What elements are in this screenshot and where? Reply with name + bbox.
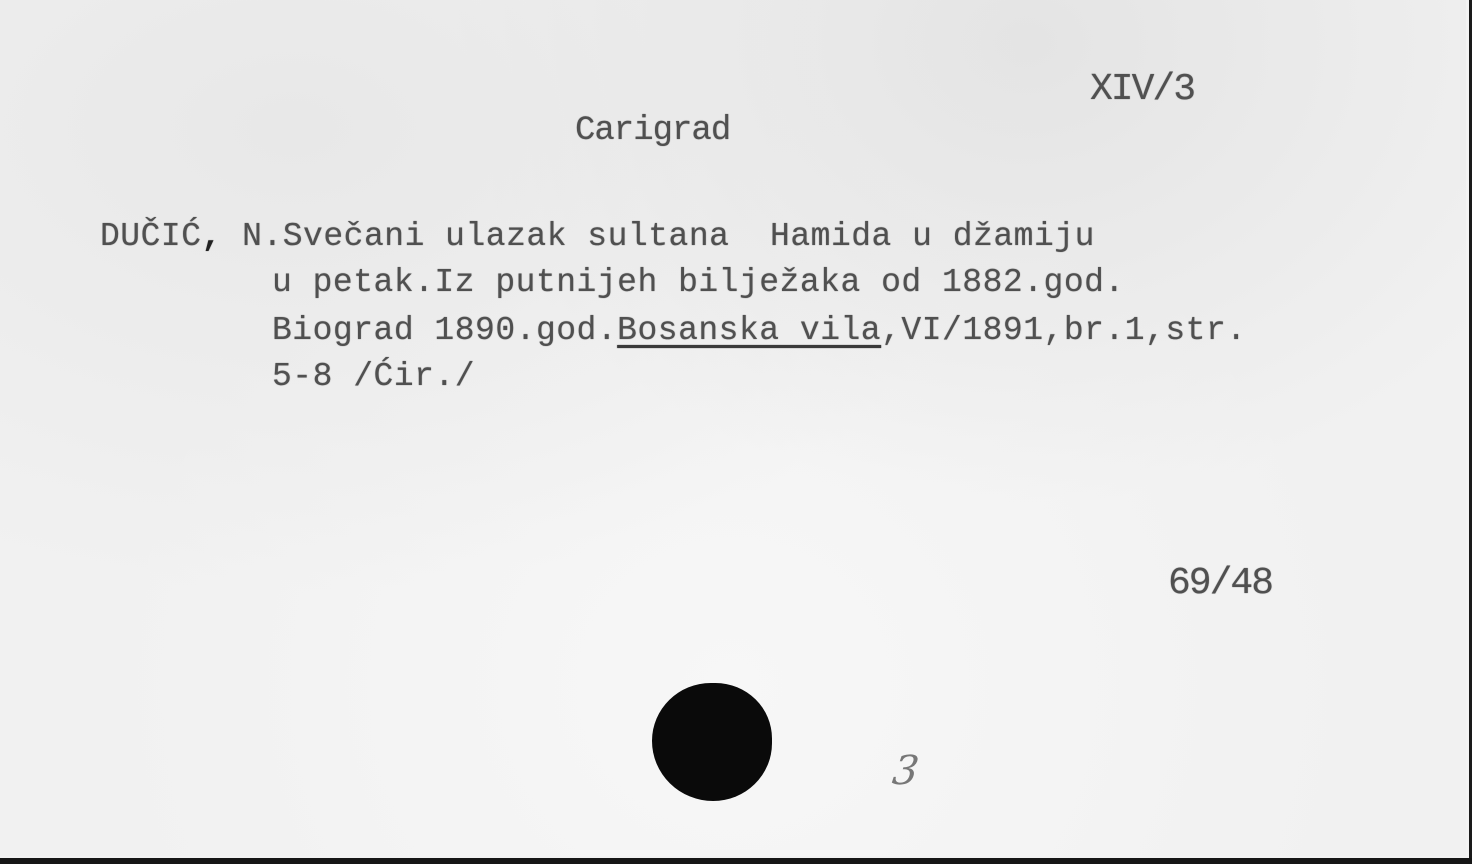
issue-info: ,VI/1891,br.1,str. [881, 312, 1246, 349]
author-separator: , [202, 218, 222, 255]
publication-info: Biograd 1890.god. [272, 312, 617, 349]
journal-title: Bosanska vila [617, 312, 881, 349]
inventory-number: 69/48 [1168, 562, 1272, 605]
entry-line-2: u petak.Iz putnijeh bilježaka od 1882.go… [272, 264, 1125, 301]
catalog-card: XIV/3 Carigrad DUČIĆ, N.Svečani ulazak s… [0, 0, 1466, 856]
entry-line-3: Biograd 1890.god.Bosanska vila,VI/1891,b… [272, 312, 1247, 349]
classification-number: XIV/3 [1090, 68, 1194, 111]
punch-hole [652, 683, 772, 801]
title-start: N.Svečani ulazak sultana Hamida u džamij… [222, 218, 1095, 255]
place-heading: Carigrad [575, 112, 730, 150]
card-edge-bottom [0, 858, 1472, 864]
author-name: DUČIĆ [100, 218, 202, 255]
handwritten-mark: 3 [890, 748, 922, 794]
entry-line-4: 5-8 /Ćir./ [272, 358, 475, 395]
entry-line-1: DUČIĆ, N.Svečani ulazak sultana Hamida u… [100, 218, 1095, 255]
